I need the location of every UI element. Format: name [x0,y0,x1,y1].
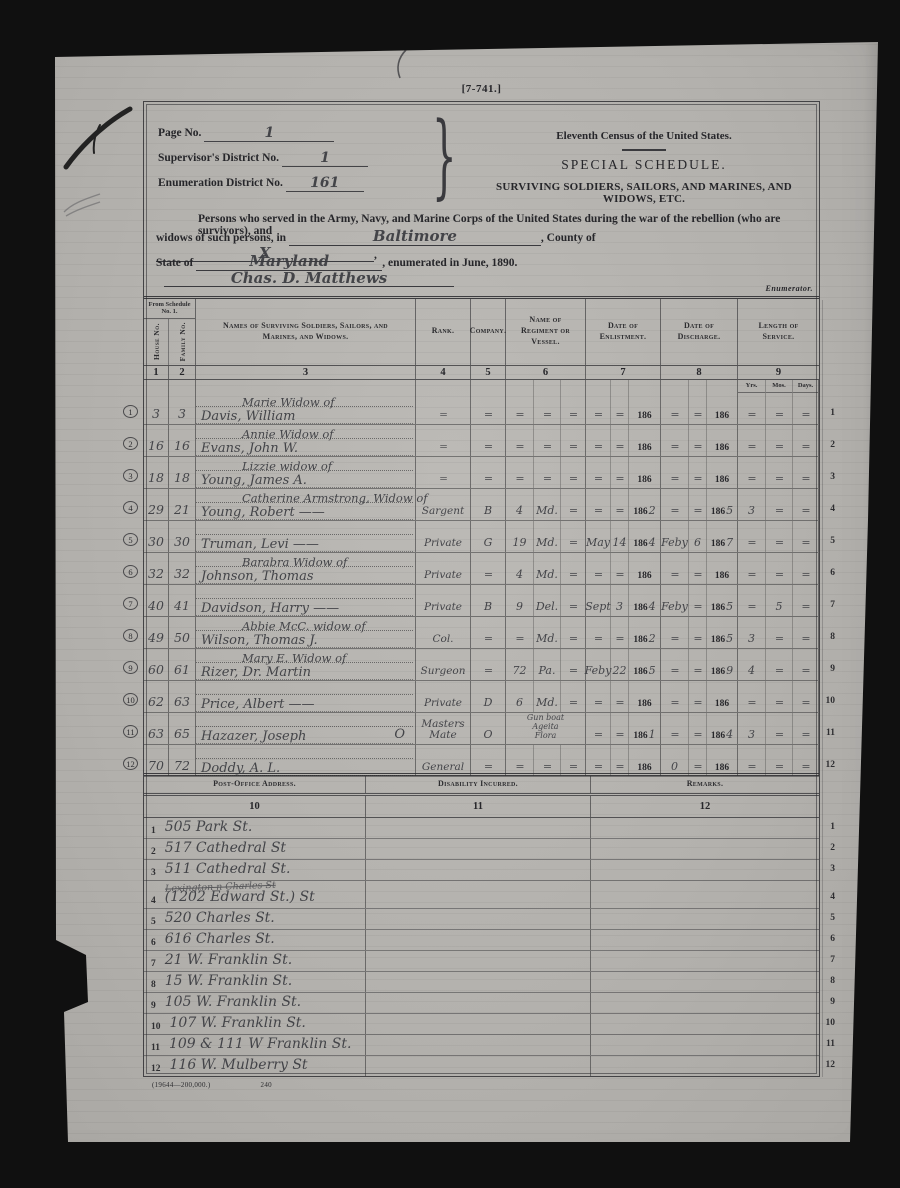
cell-service-mos: = [766,425,793,456]
cell-family-no: 18 [169,457,196,488]
cell-name: Abbie McC. widow ofWilson, Thomas J. [196,617,416,648]
cell-regiment: Gun boat Ageita Flora [506,713,586,744]
cell-company: = [471,745,506,776]
cell-company: = [471,649,506,680]
address-row-number: 3 [151,868,156,878]
handwritten-value: Md. [536,632,558,645]
cell-regiment-part: = [561,649,586,680]
col-num: 5 [471,366,506,380]
page-no-line: Page No. 1 [158,124,334,141]
cell-discharge-month: = [661,617,689,648]
col-house-no: House No. [152,323,161,360]
table-row: 6365Hazazer, JosephOMasters MateOGun boa… [144,713,819,745]
cell-remarks [591,1035,819,1055]
cell-discharge-month: Feby [661,585,689,616]
widow-name-line: Marie Widow of [196,393,413,407]
cell-enlist-day: 22 [611,649,629,680]
cell-disability [366,1014,591,1034]
ditto-dash: = [775,760,783,773]
cell-enlist-day: = [611,553,629,584]
ditto-dash: = [569,536,577,549]
address-text: 505 Park St. [165,818,253,836]
cell-rank: = [416,393,471,424]
handwritten-value: 3 [178,406,186,421]
cell-regiment-part: = [561,585,586,616]
preprinted-186: 186 [715,763,729,773]
handwritten-value: Private [424,698,462,709]
handwritten-value: B [484,504,492,517]
handwritten-value: 50 [174,630,190,645]
cell-service-yrs: = [738,585,766,616]
cell-company: = [471,393,506,424]
handwritten-value: 616 Charles St. [165,931,275,947]
handwritten-value: 63 [148,726,164,741]
schedule-subtitle: SURVIVING SOLDIERS, SAILORS, AND MARINES… [474,181,814,205]
soldier-name-line: Young, James A. [196,471,413,488]
ditto-dash: = [594,472,602,485]
ditto-dash: = [801,664,809,677]
row-number-right: 3 [830,864,835,874]
cell-discharge-day: = [689,457,707,488]
cell-company: = [471,553,506,584]
cell-company: D [471,681,506,712]
cell-service-days: = [793,649,819,680]
col-enlistment: Date of Enlistment. [597,321,649,343]
handwritten-value: B [484,600,492,613]
row-number-right: 8 [830,976,835,986]
cell-service-days: = [793,585,819,616]
ditto-dash: = [693,760,701,773]
col-service: Length of Service. [754,321,804,343]
preprinted-186: 186 [711,667,725,677]
ditto-dash: = [594,632,602,645]
ditto-dash: = [747,568,755,581]
table-row: 7072Doddy, A. L.General======1860=186===… [144,745,819,777]
cell-address: 12116 W. Mulberry St [144,1056,366,1076]
handwritten-value: Private [424,602,462,613]
address-row-number: 8 [151,980,156,990]
ditto-dash: = [515,440,523,453]
widow-name-line: Barabra Widow of [196,553,413,567]
cell-service-mos: = [766,745,793,776]
cell-enlist-year: 186 [629,457,661,488]
cell-name: Lizzie widow ofYoung, James A. [196,457,416,488]
cell-regiment-part: = [534,745,561,776]
handwritten-value: Md. [536,568,558,581]
cell-service-mos: = [766,457,793,488]
address-row-number: 2 [151,847,156,857]
cell-enlist-year: 1864 [629,521,661,552]
ditto-dash: = [775,632,783,645]
row-number-right: 6 [830,568,835,578]
year-value: 186 [637,763,651,773]
cell-regiment-part: 6 [506,681,534,712]
cell-remarks [591,993,819,1013]
cell-regiment-part: = [534,457,561,488]
cell-service-yrs: = [738,745,766,776]
ditto-dash: = [569,568,577,581]
handwritten-value: 4 [516,568,523,581]
handwritten-value: Davidson, Harry —— [201,601,339,616]
soldier-name-line: Rizer, Dr. Martin [196,663,413,680]
address-text: 15 W. Franklin St. [165,972,292,990]
year-value: 186 [715,699,729,709]
ditto-dash: = [693,504,701,517]
ditto-dash: = [515,472,523,485]
widow-name-line [196,745,413,759]
cell-regiment-part: = [561,681,586,712]
cell-name: Doddy, A. L. [196,745,416,776]
row-number-right: 2 [830,843,835,853]
cell-service-mos: = [766,489,793,520]
cell-address: 9105 W. Franklin St. [144,993,366,1013]
ditto-dash: = [569,472,577,485]
handwritten-value: 3 [748,504,755,517]
cell-house-no: 62 [144,681,169,712]
row-number-right: 12 [826,1060,836,1070]
cell-service-yrs: 3 [738,489,766,520]
handwritten-value: O [483,728,492,741]
cell-address: 6616 Charles St. [144,930,366,950]
handwritten-value: 107 W. Franklin St. [170,1015,306,1031]
city-value: Baltimore [373,227,457,245]
ditto-dash: = [801,440,809,453]
soldier-name-line: Evans, John W. [196,439,413,456]
cell-regiment-part: Md. [534,681,561,712]
cell-service-mos: = [766,393,793,424]
handwritten-value: 105 W. Franklin St. [165,994,301,1010]
cell-enlist-month: = [586,681,611,712]
cell-regiment-part: = [561,425,586,456]
year-value: 186 [637,411,651,421]
handwritten-value: 520 Charles St. [165,910,275,926]
cell-company: B [471,585,506,616]
handwritten-value: 3 [616,600,623,613]
address-row-number: 1 [151,826,156,836]
handwritten-value: 14 [613,536,627,549]
table-row: 3030Truman, Levi ——PrivateG19Md.=May1418… [144,521,819,553]
cell-discharge-year: 1867 [707,521,738,552]
cell-discharge-year: 1865 [707,585,738,616]
cell-disability [366,818,591,838]
enumerated-label: , enumerated in June, 1890. [382,257,517,269]
soldier-name-line: Johnson, Thomas [196,567,413,584]
handwritten-value: Young, James A. [201,473,307,488]
cell-regiment-part: = [561,617,586,648]
address-text: 520 Charles St. [165,909,275,927]
year-value: 1862 [633,632,655,645]
cell-service-yrs: = [738,393,766,424]
widow-name-line [196,713,413,727]
handwritten-value: Price, Albert —— [201,697,315,712]
cell-rank: Masters Mate [416,713,471,744]
cell-rank: Private [416,681,471,712]
cell-enlist-day: = [611,457,629,488]
ditto-dash: = [693,664,701,677]
cell-enlist-day: = [611,489,629,520]
handwritten-value: 3 [748,728,755,741]
handwritten-value: Gun boat Ageita Flora [527,714,564,741]
handwritten-value: Pa. [539,664,556,677]
cell-family-no: 41 [169,585,196,616]
cell-regiment-part: = [561,457,586,488]
handwritten-value: Md. [536,504,558,517]
handwritten-value: Sept [585,600,611,613]
year-value: 1864 [711,728,733,741]
cell-enlist-day: = [611,425,629,456]
cell-name: Hazazer, JosephO [196,713,416,744]
cell-remarks [591,860,819,880]
handwritten-value: 6 [694,536,701,549]
handwritten-value: 70 [148,758,164,773]
ditto-dash: = [615,760,623,773]
cell-service-yrs: 3 [738,617,766,648]
row-number-circled: 3 [123,469,138,482]
handwritten-value: Col. [432,634,453,645]
handwritten-value: 62 [148,694,164,709]
cell-enlist-month: May [586,521,611,552]
ditto-dash: = [543,440,551,453]
cell-service-days: = [793,617,819,648]
cell-enlist-month: = [586,553,611,584]
ditto-dash: = [801,600,809,613]
enumeration-district-value: 161 [286,175,364,192]
cell-regiment-part: 4 [506,553,534,584]
cell-company: = [471,457,506,488]
handwritten-value: 3 [152,406,160,421]
col-num: 11 [366,796,591,817]
ditto-dash: = [747,760,755,773]
cell-rank: Col. [416,617,471,648]
handwritten-value: 4 [649,536,656,549]
cell-regiment-part: 9 [506,585,534,616]
handwritten-value: Feby [661,536,688,549]
handwritten-value: Rizer, Dr. Martin [201,665,311,680]
cell-remarks [591,951,819,971]
year-value: 1865 [711,600,733,613]
cell-family-no: 63 [169,681,196,712]
address-text: 107 W. Franklin St. [170,1014,306,1032]
handwritten-value: (1202 Edward St.) St [165,889,315,905]
cell-service-yrs: 3 [738,713,766,744]
enumeration-district-label: Enumeration District No. [158,177,283,189]
handwritten-value: 9 [516,600,523,613]
cell-service-days: = [793,489,819,520]
enumeration-district-line: Enumeration District No. 161 [158,174,364,191]
ditto-dash: = [747,696,755,709]
ditto-dash: = [747,440,755,453]
table-row: 2921Catherine Armstrong, Widow ofYoung, … [144,489,819,521]
handwritten-value: 4 [649,600,656,613]
address-text: 105 W. Franklin St. [165,993,301,1011]
ditto-dash: = [775,568,783,581]
table-row: 4041Davidson, Harry ——PrivateB9Del.=Sept… [144,585,819,617]
ditto-dash: = [801,568,809,581]
year-value: 186 [637,571,651,581]
address-row: 6616 Charles St.6 [144,930,819,951]
widow-name-line [196,521,413,535]
supervisor-district-label: Supervisor's District No. [158,152,279,164]
ditto-dash: = [615,632,623,645]
row-number-right: 11 [826,1039,835,1049]
cell-disability [366,909,591,929]
cell-rank: = [416,425,471,456]
cell-discharge-month: = [661,425,689,456]
row-number-circled: 11 [123,725,138,738]
handwritten-value: 5 [649,664,656,677]
print-code-note: (19644—200,000.) 240 [152,1081,272,1089]
cell-discharge-month: = [661,713,689,744]
cell-address: 5520 Charles St. [144,909,366,929]
preprinted-186: 186 [633,539,647,549]
row-number-right: 12 [826,760,836,770]
cell-regiment-part: = [534,425,561,456]
preprinted-186: 186 [633,507,647,517]
address-row: 2517 Cathedral St2 [144,839,819,860]
cell-house-no: 32 [144,553,169,584]
title-rule [622,149,666,151]
ditto-dash: = [775,504,783,517]
brace: } [432,110,457,202]
cell-discharge-month: = [661,649,689,680]
widow-name-line: Catherine Armstrong, Widow of [196,489,413,503]
row-number-circled: 9 [123,661,138,674]
cell-enlist-day: = [611,745,629,776]
preamble: Persons who served in the Army, Navy, an… [156,216,808,291]
table-row: 6263Price, Albert ——PrivateD6Md.===186==… [144,681,819,713]
col-names: Names of Surviving Soldiers, Sailors, an… [211,321,401,343]
ditto-dash: = [569,760,577,773]
cell-address: 3511 Cathedral St. [144,860,366,880]
handwritten-value: 511 Cathedral St. [165,861,291,877]
col-company: Company. [470,326,507,337]
ditto-dash: = [484,568,492,581]
handwritten-value: 2 [649,504,656,517]
ditto-dash: = [543,408,551,421]
cell-name: Truman, Levi —— [196,521,416,552]
ditto-dash: = [670,632,678,645]
preprinted-186: 186 [633,603,647,613]
cell-service-yrs: = [738,425,766,456]
address-text: 616 Charles St. [165,930,275,948]
ditto-dash: = [594,408,602,421]
handwritten-value: 4 [748,664,755,677]
cell-regiment-part: Md. [534,489,561,520]
cell-service-days: = [793,681,819,712]
cell-service-yrs: 4 [738,649,766,680]
cell-enlist-year: 1865 [629,649,661,680]
cell-enlist-day: = [611,713,629,744]
handwritten-value: 109 & 111 W Franklin St. [169,1036,351,1052]
handwritten-value: 5 [726,504,733,517]
ditto-dash: = [693,632,701,645]
row-number-circled: 8 [123,629,138,642]
cell-discharge-day: = [689,393,707,424]
house-family-header: From Schedule No. 1. House No. Family No… [144,299,196,365]
cell-regiment-part: Del. [534,585,561,616]
scanned-page: [7-741.] Page No. 1 Supervisor's Distric… [0,0,900,1188]
cell-service-yrs: = [738,681,766,712]
preprinted-186: 186 [711,507,725,517]
address-text: 517 Cathedral St [165,839,286,857]
cell-family-no: 32 [169,553,196,584]
cell-service-days: = [793,521,819,552]
cell-enlist-year: 1861 [629,713,661,744]
ditto-dash: = [615,440,623,453]
cell-address: 721 W. Franklin St. [144,951,366,971]
ditto-dash: = [594,760,602,773]
ditto-dash: = [594,696,602,709]
ditto-dash: = [484,408,492,421]
handwritten-value: Del. [536,600,558,613]
service-sub-yrs: Yrs. [738,380,766,393]
cell-house-no: 29 [144,489,169,520]
ditto-dash: = [484,760,492,773]
pen-slip-mark [392,48,412,80]
cell-regiment-part: = [561,489,586,520]
handwritten-value: 30 [174,534,190,549]
cell-family-no: 16 [169,425,196,456]
ditto-dash: = [775,664,783,677]
col-disability-incurred: Disability Incurred. [438,779,518,790]
census-title: Eleventh Census of the United States. [474,130,814,142]
cell-house-no: 70 [144,745,169,776]
page-edge-rule [822,300,823,1077]
cell-discharge-year: 186 [707,681,738,712]
row-number-circled: 6 [123,565,138,578]
ditto-dash: = [801,536,809,549]
col-remarks: Remarks. [687,779,724,790]
row-number-right: 5 [830,913,835,923]
preprinted-186: 186 [711,539,725,549]
cell-family-no: 21 [169,489,196,520]
row-number-right: 1 [830,822,835,832]
ditto-dash: = [515,408,523,421]
cell-enlist-year: 186 [629,425,661,456]
row-number-circled: 2 [123,437,138,450]
cell-discharge-month: Feby [661,521,689,552]
ditto-dash: = [569,408,577,421]
handwritten-value: 0 [671,760,678,773]
handwritten-value: 4 [516,504,523,517]
handwritten-value: 1 [649,728,656,741]
row-number-right: 5 [830,536,835,546]
row-number-right: 11 [826,728,835,738]
cell-discharge-month: = [661,489,689,520]
cell-rank: General [416,745,471,776]
cell-service-days: = [793,713,819,744]
cell-discharge-year: 1869 [707,649,738,680]
year-value: 186 [637,443,651,453]
year-value: 186 [637,699,651,709]
year-value: 1865 [633,664,655,677]
cell-service-days: = [793,553,819,584]
handwritten-value: Feby [661,600,688,613]
address-row: 1505 Park St.1 [144,818,819,839]
cell-company: = [471,425,506,456]
address-text: 116 W. Mulberry St [170,1056,308,1074]
handwritten-value: Private [424,570,462,581]
ditto-dash: = [775,472,783,485]
cell-company: = [471,617,506,648]
handwritten-value: Surgeon [421,666,466,677]
cell-regiment-part: 19 [506,521,534,552]
address-row: 815 W. Franklin St.8 [144,972,819,993]
cell-house-no: 3 [144,393,169,424]
cell-disability [366,972,591,992]
cell-discharge-year: 1865 [707,617,738,648]
cell-name: Price, Albert —— [196,681,416,712]
